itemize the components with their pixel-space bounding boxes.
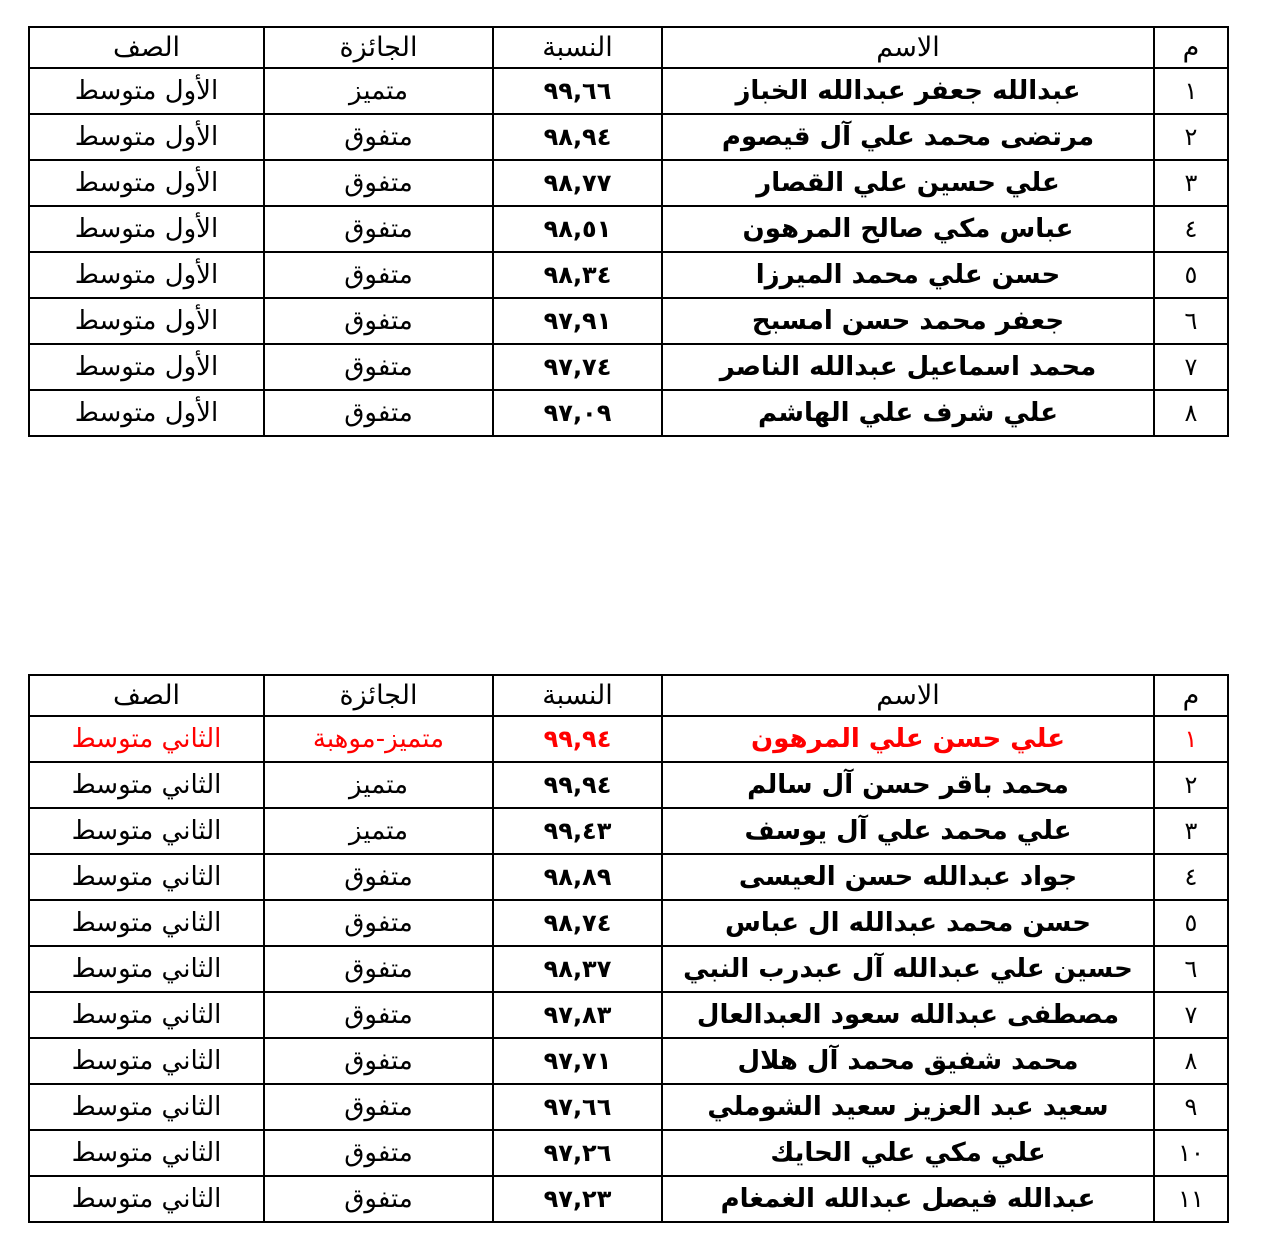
- col-header-serial: م: [1154, 675, 1228, 716]
- serial-cell: ١١: [1154, 1176, 1228, 1222]
- table-row: ٤ عباس مكي صالح المرهون ٩٨,٥١ متفوق الأو…: [29, 206, 1228, 252]
- col-header-name: الاسم: [662, 27, 1154, 68]
- name-cell: مصطفى عبدالله سعود العبدالعال: [662, 992, 1154, 1038]
- award-cell: متفوق: [264, 854, 493, 900]
- grade-cell: الثاني متوسط: [29, 1038, 264, 1084]
- name-cell: مرتضى محمد علي آل قيصوم: [662, 114, 1154, 160]
- award-cell: متفوق: [264, 160, 493, 206]
- grade-cell: الثاني متوسط: [29, 808, 264, 854]
- serial-cell: ٧: [1154, 992, 1228, 1038]
- table-row: ٨ علي شرف علي الهاشم ٩٧,٠٩ متفوق الأول م…: [29, 390, 1228, 436]
- award-cell: متفوق: [264, 252, 493, 298]
- serial-cell: ٦: [1154, 946, 1228, 992]
- percentage-cell: ٩٧,٦٦: [493, 1084, 662, 1130]
- serial-cell: ٨: [1154, 390, 1228, 436]
- serial-cell: ٢: [1154, 114, 1228, 160]
- percentage-cell: ٩٨,٧٧: [493, 160, 662, 206]
- table-row: ٣ علي حسين علي القصار ٩٨,٧٧ متفوق الأول …: [29, 160, 1228, 206]
- award-cell: متفوق: [264, 390, 493, 436]
- honor-table-first-intermediate: م الاسم النسبة الجائزة الصف ١ عبدالله جع…: [28, 26, 1229, 437]
- table-header-row: م الاسم النسبة الجائزة الصف: [29, 27, 1228, 68]
- grade-cell: الأول متوسط: [29, 298, 264, 344]
- grade-cell: الثاني متوسط: [29, 992, 264, 1038]
- table-row: ٥ حسن علي محمد الميرزا ٩٨,٣٤ متفوق الأول…: [29, 252, 1228, 298]
- serial-cell: ١: [1154, 716, 1228, 762]
- percentage-cell: ٩٨,٣٧: [493, 946, 662, 992]
- serial-cell: ٣: [1154, 160, 1228, 206]
- grade-cell: الثاني متوسط: [29, 716, 264, 762]
- col-header-award: الجائزة: [264, 27, 493, 68]
- serial-cell: ٨: [1154, 1038, 1228, 1084]
- percentage-cell: ٩٧,٢٦: [493, 1130, 662, 1176]
- grade-cell: الثاني متوسط: [29, 1084, 264, 1130]
- honor-table-second-intermediate: م الاسم النسبة الجائزة الصف ١ علي حسن عل…: [28, 674, 1229, 1223]
- table-row: ٨ محمد شفيق محمد آل هلال ٩٧,٧١ متفوق الث…: [29, 1038, 1228, 1084]
- grade-cell: الأول متوسط: [29, 344, 264, 390]
- serial-cell: ٧: [1154, 344, 1228, 390]
- table-row: ١١ عبدالله فيصل عبدالله الغمغام ٩٧,٢٣ مت…: [29, 1176, 1228, 1222]
- percentage-cell: ٩٨,٥١: [493, 206, 662, 252]
- name-cell: علي محمد علي آل يوسف: [662, 808, 1154, 854]
- grade-cell: الأول متوسط: [29, 390, 264, 436]
- serial-cell: ٥: [1154, 900, 1228, 946]
- name-cell: محمد باقر حسن آل سالم: [662, 762, 1154, 808]
- percentage-cell: ٩٩,٤٣: [493, 808, 662, 854]
- name-cell: عبدالله فيصل عبدالله الغمغام: [662, 1176, 1154, 1222]
- table-row: ٤ جواد عبدالله حسن العيسى ٩٨,٨٩ متفوق ال…: [29, 854, 1228, 900]
- name-cell: علي شرف علي الهاشم: [662, 390, 1154, 436]
- name-cell: علي مكي علي الحايك: [662, 1130, 1154, 1176]
- percentage-cell: ٩٧,٢٣: [493, 1176, 662, 1222]
- table-row: ٧ مصطفى عبدالله سعود العبدالعال ٩٧,٨٣ مت…: [29, 992, 1228, 1038]
- table-row: ٢ مرتضى محمد علي آل قيصوم ٩٨,٩٤ متفوق ال…: [29, 114, 1228, 160]
- name-cell: عباس مكي صالح المرهون: [662, 206, 1154, 252]
- serial-cell: ١: [1154, 68, 1228, 114]
- percentage-cell: ٩٧,٩١: [493, 298, 662, 344]
- award-cell: متفوق: [264, 344, 493, 390]
- grade-cell: الأول متوسط: [29, 160, 264, 206]
- percentage-cell: ٩٨,٧٤: [493, 900, 662, 946]
- award-cell: متفوق: [264, 1130, 493, 1176]
- name-cell: حسين علي عبدالله آل عبدرب النبي: [662, 946, 1154, 992]
- grade-cell: الثاني متوسط: [29, 1176, 264, 1222]
- grade-cell: الثاني متوسط: [29, 900, 264, 946]
- grade-cell: الأول متوسط: [29, 68, 264, 114]
- col-header-percentage: النسبة: [493, 675, 662, 716]
- col-header-grade: الصف: [29, 675, 264, 716]
- award-cell: متميز: [264, 68, 493, 114]
- grade-cell: الثاني متوسط: [29, 854, 264, 900]
- table-header-row: م الاسم النسبة الجائزة الصف: [29, 675, 1228, 716]
- grade-cell: الثاني متوسط: [29, 762, 264, 808]
- table-row: ٢ محمد باقر حسن آل سالم ٩٩,٩٤ متميز الثا…: [29, 762, 1228, 808]
- table-row: ٣ علي محمد علي آل يوسف ٩٩,٤٣ متميز الثان…: [29, 808, 1228, 854]
- percentage-cell: ٩٨,٨٩: [493, 854, 662, 900]
- name-cell: محمد اسماعيل عبدالله الناصر: [662, 344, 1154, 390]
- award-cell: متفوق: [264, 900, 493, 946]
- table-row: ٥ حسن محمد عبدالله ال عباس ٩٨,٧٤ متفوق ا…: [29, 900, 1228, 946]
- grade-cell: الأول متوسط: [29, 206, 264, 252]
- award-cell: متفوق: [264, 1038, 493, 1084]
- serial-cell: ٥: [1154, 252, 1228, 298]
- percentage-cell: ٩٧,٧١: [493, 1038, 662, 1084]
- col-header-percentage: النسبة: [493, 27, 662, 68]
- award-cell: متفوق: [264, 1084, 493, 1130]
- name-cell: حسن محمد عبدالله ال عباس: [662, 900, 1154, 946]
- serial-cell: ٤: [1154, 206, 1228, 252]
- award-cell: متفوق: [264, 206, 493, 252]
- grade-cell: الثاني متوسط: [29, 1130, 264, 1176]
- award-cell: متفوق: [264, 946, 493, 992]
- percentage-cell: ٩٩,٩٤: [493, 716, 662, 762]
- page: { "colors": { "text": "#000000", "highli…: [0, 0, 1264, 1258]
- name-cell: علي حسين علي القصار: [662, 160, 1154, 206]
- percentage-cell: ٩٧,٠٩: [493, 390, 662, 436]
- award-cell: متفوق: [264, 114, 493, 160]
- percentage-cell: ٩٧,٧٤: [493, 344, 662, 390]
- col-header-name: الاسم: [662, 675, 1154, 716]
- name-cell: حسن علي محمد الميرزا: [662, 252, 1154, 298]
- award-cell: متميز-موهبة: [264, 716, 493, 762]
- grade-cell: الأول متوسط: [29, 252, 264, 298]
- award-cell: متميز: [264, 762, 493, 808]
- award-cell: متميز: [264, 808, 493, 854]
- award-cell: متفوق: [264, 1176, 493, 1222]
- grade-cell: الثاني متوسط: [29, 946, 264, 992]
- serial-cell: ٤: [1154, 854, 1228, 900]
- table-row: ٧ محمد اسماعيل عبدالله الناصر ٩٧,٧٤ متفو…: [29, 344, 1228, 390]
- percentage-cell: ٩٩,٦٦: [493, 68, 662, 114]
- grade-cell: الأول متوسط: [29, 114, 264, 160]
- col-header-serial: م: [1154, 27, 1228, 68]
- award-cell: متفوق: [264, 992, 493, 1038]
- percentage-cell: ٩٨,٣٤: [493, 252, 662, 298]
- name-cell: عبدالله جعفر عبدالله الخباز: [662, 68, 1154, 114]
- table-row: ٦ حسين علي عبدالله آل عبدرب النبي ٩٨,٣٧ …: [29, 946, 1228, 992]
- serial-cell: ٣: [1154, 808, 1228, 854]
- serial-cell: ١٠: [1154, 1130, 1228, 1176]
- percentage-cell: ٩٧,٨٣: [493, 992, 662, 1038]
- name-cell: سعيد عبد العزيز سعيد الشوملي: [662, 1084, 1154, 1130]
- table-row: ٩ سعيد عبد العزيز سعيد الشوملي ٩٧,٦٦ متف…: [29, 1084, 1228, 1130]
- name-cell: علي حسن علي المرهون: [662, 716, 1154, 762]
- name-cell: محمد شفيق محمد آل هلال: [662, 1038, 1154, 1084]
- serial-cell: ٩: [1154, 1084, 1228, 1130]
- table-row: ٦ جعفر محمد حسن امسبح ٩٧,٩١ متفوق الأول …: [29, 298, 1228, 344]
- col-header-award: الجائزة: [264, 675, 493, 716]
- percentage-cell: ٩٨,٩٤: [493, 114, 662, 160]
- name-cell: جعفر محمد حسن امسبح: [662, 298, 1154, 344]
- award-cell: متفوق: [264, 298, 493, 344]
- table-row: ١ علي حسن علي المرهون ٩٩,٩٤ متميز-موهبة …: [29, 716, 1228, 762]
- serial-cell: ٢: [1154, 762, 1228, 808]
- serial-cell: ٦: [1154, 298, 1228, 344]
- percentage-cell: ٩٩,٩٤: [493, 762, 662, 808]
- name-cell: جواد عبدالله حسن العيسى: [662, 854, 1154, 900]
- col-header-grade: الصف: [29, 27, 264, 68]
- table-row: ١ عبدالله جعفر عبدالله الخباز ٩٩,٦٦ متمي…: [29, 68, 1228, 114]
- table-row: ١٠ علي مكي علي الحايك ٩٧,٢٦ متفوق الثاني…: [29, 1130, 1228, 1176]
